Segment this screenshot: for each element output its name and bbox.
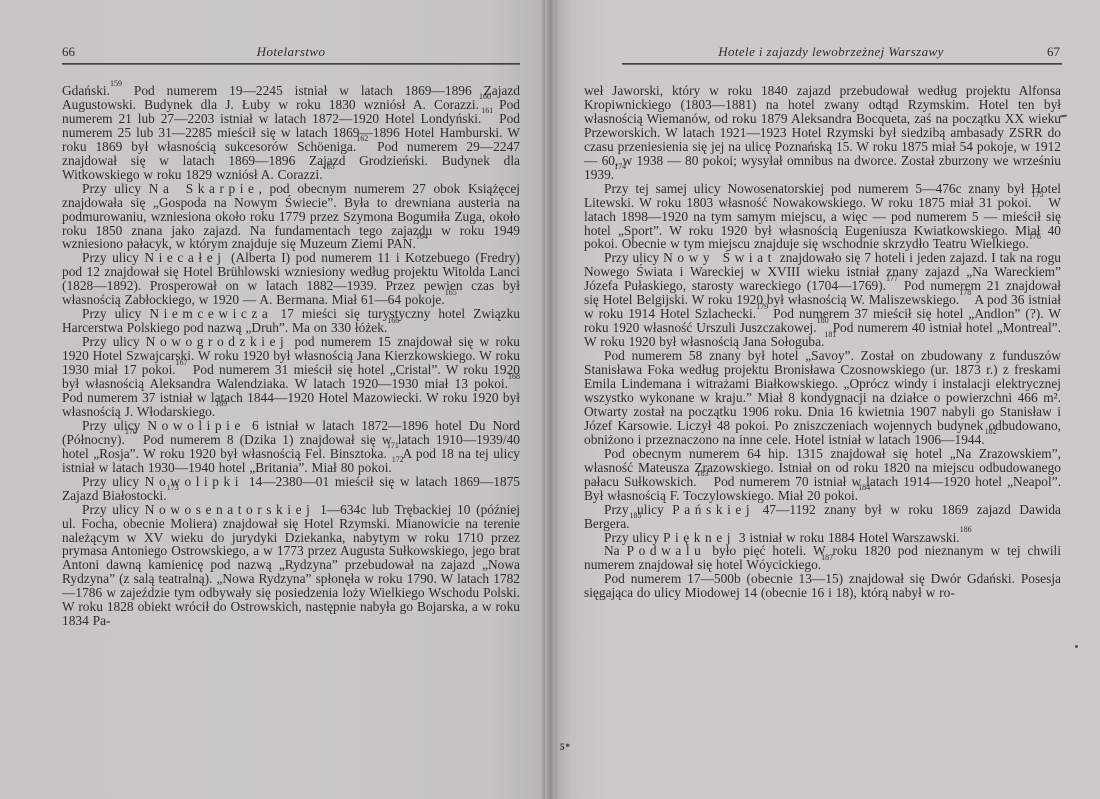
footnote-reference: 164 — [416, 232, 428, 241]
right-header-rule — [622, 63, 1062, 65]
footnote-reference: 170 — [125, 427, 137, 436]
footnote-reference: 187 — [821, 553, 833, 562]
footnote-reference: 159 — [110, 79, 122, 88]
paragraph: Przy ulicy Pańskiej 47—1192 znany był w … — [584, 503, 1061, 531]
paragraph: Na Podwalu było pięć hoteli. W roku 1820… — [584, 544, 1061, 572]
footnote-reference: 180 — [817, 316, 829, 325]
paragraph: Przy tej samej ulicy Nowosenatorskiej po… — [584, 182, 1061, 252]
paragraph: Przy ulicy Niemcewicza 17 mieści się tur… — [62, 307, 520, 335]
footnote-reference: 179 — [756, 302, 768, 311]
footnote-reference: 175 — [1031, 190, 1043, 199]
paragraph: Przy ulicy Nowolipki 14—2380—01 mieścił … — [62, 475, 520, 503]
left-header-rule — [62, 63, 520, 65]
street-name-emphasis: Podwalu — [627, 543, 706, 558]
right-page-header: Hotele i zajazdy lewobrzeżnej Warszawy 6… — [600, 44, 1062, 64]
scan-speck — [1075, 645, 1078, 648]
paragraph: weł Jaworski, który w roku 1840 zajazd p… — [584, 84, 1061, 182]
footnote-reference: 162 — [356, 134, 368, 143]
footnote-reference: 174 — [614, 162, 626, 171]
footnote-reference: 182 — [985, 427, 997, 436]
footnote-reference: 161 — [481, 106, 493, 115]
street-name-emphasis: Niecałej — [144, 250, 225, 265]
paragraph: Gdański.159 Pod numerem 19—2245 istniał … — [62, 84, 520, 182]
street-name-emphasis: Niemcewicza — [149, 306, 272, 321]
footnote-reference: 172 — [392, 455, 404, 464]
street-name-emphasis: Nowolipki — [145, 474, 243, 489]
footnote-reference: 177 — [886, 274, 898, 283]
paragraph: Przy ulicy Nowosenatorskiej 1—634c lub T… — [62, 503, 520, 629]
footnote-reference: 168 — [508, 372, 520, 381]
right-running-title: Hotele i zajazdy lewobrzeżnej Warszawy — [600, 44, 1062, 60]
paragraph: Pod numerem 58 znany był hotel „Savoy”. … — [584, 349, 1061, 447]
right-page-text: weł Jaworski, który w roku 1840 zajazd p… — [584, 84, 1061, 600]
paragraph: Przy ulicy Nowolipie 6 istniał w latach … — [62, 419, 520, 475]
street-name-emphasis: Na Skarpie — [149, 181, 259, 196]
street-name-emphasis: Nowosenatorskiej — [145, 502, 315, 517]
signature-mark: 5* — [560, 742, 571, 752]
footnote-reference: 165 — [445, 288, 457, 297]
left-page-header: 66 Hotelarstwo — [62, 44, 520, 64]
footnote-reference: 163 — [323, 162, 335, 171]
left-page-text: Gdański.159 Pod numerem 19—2245 istniał … — [62, 84, 520, 628]
street-name-emphasis: Nowogrodzkiej — [146, 334, 289, 349]
left-running-title: Hotelarstwo — [62, 44, 520, 60]
paragraph: Pod obecnym numerem 64 hip. 1315 znajdow… — [584, 447, 1061, 503]
street-name-emphasis: Pańskiej — [672, 502, 754, 517]
footnote-reference: 181 — [824, 330, 836, 339]
page-gutter-shadow — [541, 0, 559, 799]
footnote-reference: 186 — [960, 525, 972, 534]
paragraph: Przy ulicy Pięknej 3 istniał w roku 1884… — [584, 531, 1061, 545]
street-name-emphasis: Nowy Świat — [663, 250, 776, 265]
right-page-number: 67 — [1047, 44, 1060, 60]
footnote-reference: 184 — [858, 483, 870, 492]
paragraph: Przy ulicy Nowogrodzkiej pod numerem 15 … — [62, 335, 520, 419]
paragraph: Przy ulicy Na Skarpie, pod obecnym numer… — [62, 182, 520, 252]
footnote-reference: 185 — [629, 511, 641, 520]
paragraph: Przy ulicy Nowy Świat znajdowało się 7 h… — [584, 251, 1061, 349]
footnote-reference: 167 — [176, 358, 188, 367]
footnote-reference: 178 — [959, 288, 971, 297]
footnote-reference: 169 — [215, 399, 227, 408]
footnote-reference: 166 — [387, 316, 399, 325]
paragraph: Przy ulicy Niecałej (Alberta I) pod nume… — [62, 251, 520, 307]
footnote-reference: 160 — [479, 92, 491, 101]
footnote-reference: 173 — [167, 483, 179, 492]
footnote-reference: 171 — [387, 441, 399, 450]
book-spread-scan: 66 Hotelarstwo Hotele i zajazdy lewobrze… — [0, 0, 1100, 799]
paragraph: Pod numerem 17—500b (obecnie 13—15) znaj… — [584, 572, 1061, 600]
street-name-emphasis: Nowolipie — [147, 418, 245, 433]
footnote-reference: 183 — [697, 469, 709, 478]
street-name-emphasis: Pięknej — [663, 530, 735, 545]
footnote-reference: 176 — [1029, 232, 1041, 241]
